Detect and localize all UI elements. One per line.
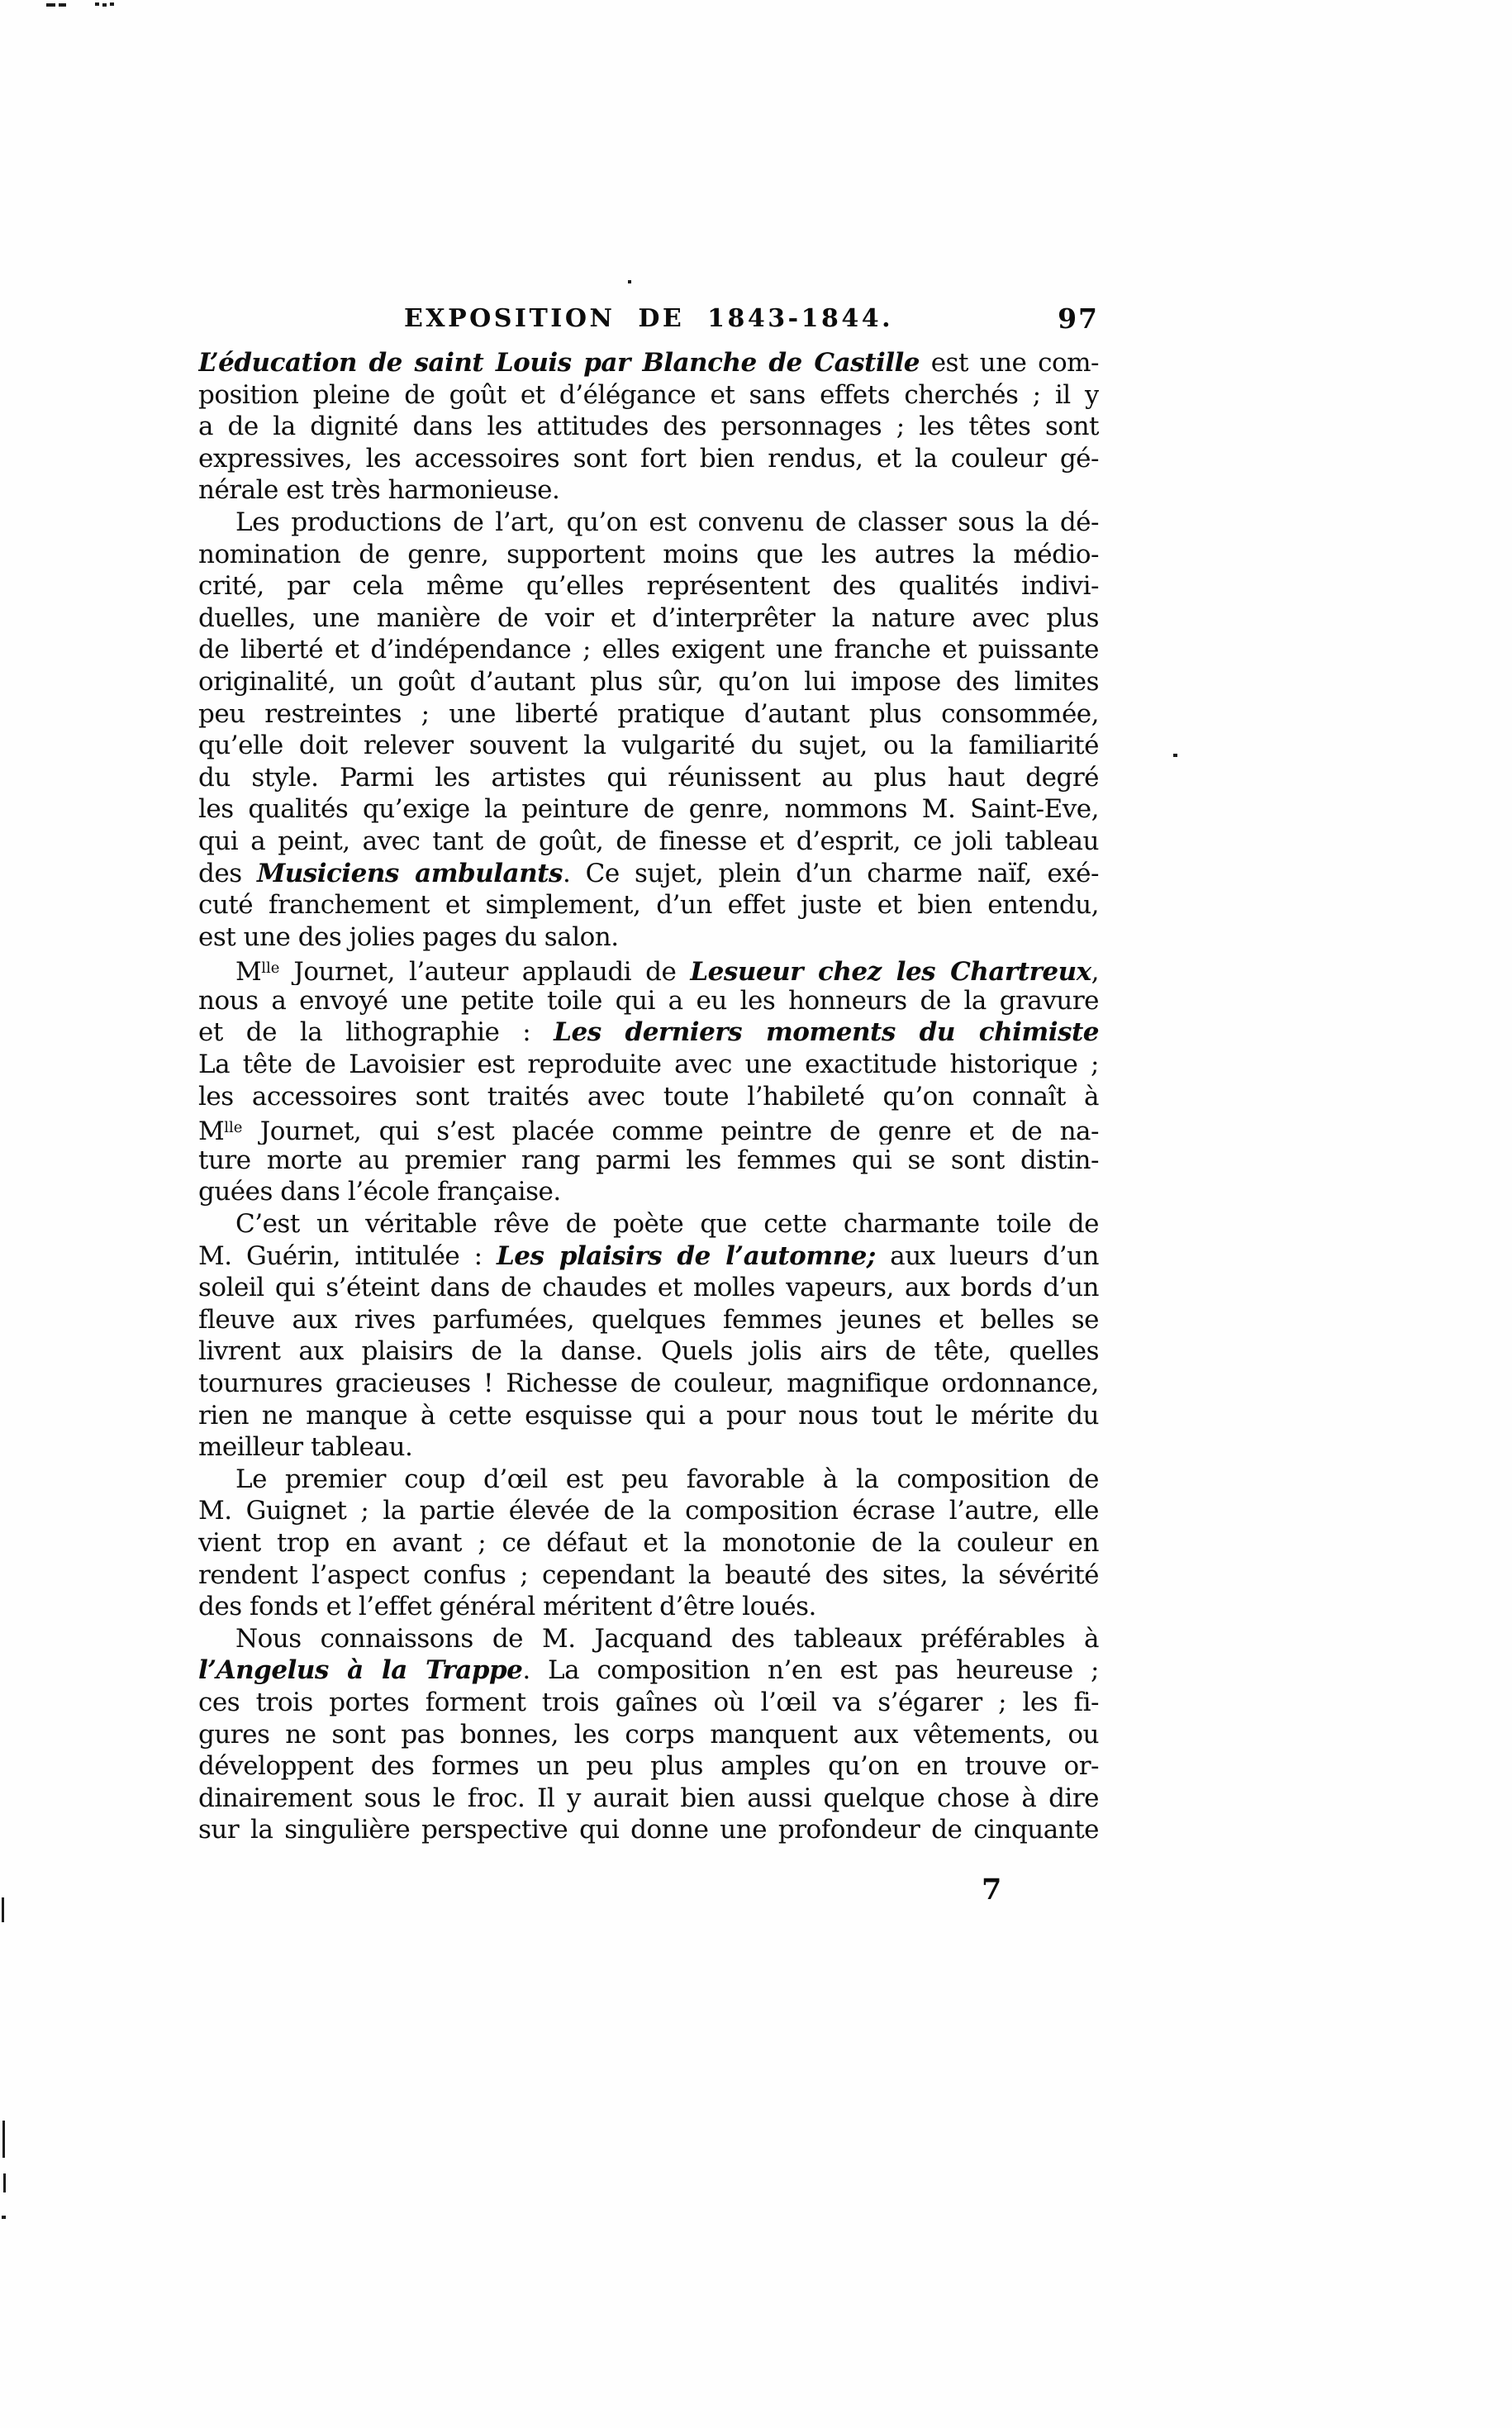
text-segment: originalité, un goût d’autant plus sûr, …	[198, 667, 1099, 697]
italic-title-text: Musiciens ambulants	[257, 859, 563, 888]
text-line: Le premier coup d’œil est peu favorable …	[198, 1464, 1099, 1496]
text-segment: nérale est très harmonieuse.	[198, 475, 559, 505]
paragraph: Les productions de l’art, qu’on est conv…	[198, 507, 1099, 953]
text-segment: M	[198, 1116, 224, 1145]
text-segment: M	[235, 957, 261, 985]
text-line: expressives, les accessoires sont fort b…	[198, 443, 1099, 475]
text-line: cuté franchement et simplement, d’un eff…	[198, 889, 1099, 921]
paragraph: L’éducation de saint Louis par Blanche d…	[198, 347, 1099, 507]
text-segment: duelles, une manière de voir et d’interp…	[198, 603, 1099, 633]
text-segment: aux lueurs d’un	[876, 1241, 1099, 1271]
text-line: meilleur tableau.	[198, 1431, 1099, 1464]
text-segment: guées dans l’école française.	[198, 1177, 561, 1207]
italic-title-text: L’éducation de saint Louis par Blanche d…	[198, 348, 920, 378]
text-segment: de liberté et d’indépendance ; elles exi…	[198, 635, 1099, 664]
text-line: les qualités qu’exige la peinture de gen…	[198, 793, 1099, 826]
text-line: vient trop en avant ; ce défaut et la mo…	[198, 1527, 1099, 1559]
text-segment: et de la lithographie :	[198, 1017, 554, 1047]
text-segment: Nous connaissons de M. Jacquand des tabl…	[235, 1624, 1099, 1654]
text-line: développent des formes un peu plus ample…	[198, 1750, 1099, 1783]
text-line: L’éducation de saint Louis par Blanche d…	[198, 347, 1099, 379]
text-line: qui a peint, avec tant de goût, de fines…	[198, 826, 1099, 858]
text-segment: rien ne manque à cette esquisse qui a po…	[198, 1401, 1099, 1431]
text-segment: La tête de Lavoisier est reproduite avec…	[198, 1050, 1099, 1079]
text-line: nous a envoyé une petite toile qui a eu …	[198, 985, 1099, 1017]
text-segment: qu’elle doit relever souvent la vulgarit…	[198, 731, 1099, 760]
text-segment: est une des jolies pages du salon.	[198, 922, 619, 952]
text-segment: Journet, qui s’est placée comme peintre …	[242, 1116, 1099, 1145]
text-segment: Le premier coup d’œil est peu favorable …	[235, 1464, 1099, 1494]
text-segment: . La composition n’en est pas heureuse ;	[522, 1655, 1099, 1685]
text-segment: ture morte au premier rang parmi les fem…	[198, 1145, 1099, 1175]
text-segment: soleil qui s’éteint dans de chaudes et m…	[198, 1273, 1099, 1302]
scan-artifact	[110, 2, 114, 6]
text-line: M. Guignet ; la partie élevée de la comp…	[198, 1495, 1099, 1527]
text-segment: des	[198, 859, 257, 888]
text-line: Mlle Journet, qui s’est placée comme pei…	[198, 1112, 1099, 1145]
text-segment: les qualités qu’exige la peinture de gen…	[198, 794, 1099, 824]
text-segment: dinairement sous le froc. Il y aurait bi…	[198, 1783, 1099, 1813]
text-line: C’est un véritable rêve de poète que cet…	[198, 1208, 1099, 1240]
text-segment: est une com-	[920, 348, 1099, 378]
text-line: des Musiciens ambulants. Ce sujet, plein…	[198, 858, 1099, 890]
text-segment: expressives, les accessoires sont fort b…	[198, 444, 1099, 474]
text-segment: Les productions de l’art, qu’on est conv…	[235, 507, 1099, 537]
text-segment: . Ce sujet, plein d’un charme naïf, exé-	[563, 859, 1099, 888]
scan-artifact	[2, 2216, 6, 2219]
text-line: nomination de genre, supportent moins qu…	[198, 539, 1099, 571]
text-segment: position pleine de goût et d’élégance et…	[198, 380, 1099, 410]
scan-artifact	[95, 2, 99, 6]
text-line: du style. Parmi les artistes qui réuniss…	[198, 762, 1099, 794]
text-line: de liberté et d’indépendance ; elles exi…	[198, 634, 1099, 666]
text-segment: sur la singulière perspective qui donne …	[198, 1815, 1099, 1845]
text-line: tournures gracieuses ! Richesse de coule…	[198, 1368, 1099, 1400]
paragraph: Le premier coup d’œil est peu favorable …	[198, 1464, 1099, 1623]
text-segment: crité, par cela même qu’elles représente…	[198, 571, 1099, 601]
text-line: ture morte au premier rang parmi les fem…	[198, 1145, 1099, 1177]
paragraph: Nous connaissons de M. Jacquand des tabl…	[198, 1623, 1099, 1846]
signature-mark: 7	[982, 1873, 1001, 1907]
text-line: a de la dignité dans les attitudes des p…	[198, 411, 1099, 443]
text-segment: peu restreintes ; une liberté pratique d…	[198, 699, 1099, 729]
text-segment: qui a peint, avec tant de goût, de fines…	[198, 826, 1099, 856]
scan-artifact	[628, 280, 631, 283]
text-line: gures ne sont pas bonnes, les corps manq…	[198, 1719, 1099, 1751]
text-segment: M. Guérin, intitulée :	[198, 1241, 497, 1271]
text-segment: développent des formes un peu plus ample…	[198, 1751, 1099, 1781]
text-line: sur la singulière perspective qui donne …	[198, 1814, 1099, 1846]
scan-artifact	[2, 2121, 5, 2158]
text-line: dinairement sous le froc. Il y aurait bi…	[198, 1783, 1099, 1815]
scan-artifact	[46, 3, 55, 7]
text-segment: a de la dignité dans les attitudes des p…	[198, 412, 1099, 441]
text-line: est une des jolies pages du salon.	[198, 921, 1099, 954]
superscript-text: lle	[224, 1119, 242, 1136]
italic-title-text: Les plaisirs de l’automne;	[497, 1241, 876, 1271]
paragraph: Mlle Journet, l’auteur applaudi de Lesue…	[198, 953, 1099, 1208]
text-segment: rendent l’aspect confus ; cependant la b…	[198, 1560, 1099, 1590]
text-segment: Journet, l’auteur applaudi de	[279, 957, 690, 985]
scan-artifact	[102, 3, 107, 7]
scan-artifact	[2, 1897, 4, 1922]
text-line: M. Guérin, intitulée : Les plaisirs de l…	[198, 1240, 1099, 1273]
text-line: qu’elle doit relever souvent la vulgarit…	[198, 730, 1099, 762]
text-line: et de la lithographie : Les derniers mom…	[198, 1016, 1099, 1049]
text-segment: livrent aux plaisirs de la danse. Quels …	[198, 1336, 1099, 1366]
text-line: peu restreintes ; une liberté pratique d…	[198, 698, 1099, 731]
superscript-text: lle	[261, 959, 279, 977]
scan-artifact	[59, 3, 66, 7]
text-segment: C’est un véritable rêve de poète que cet…	[235, 1209, 1099, 1239]
text-segment: les accessoires sont traités avec toute …	[198, 1082, 1099, 1112]
text-line: livrent aux plaisirs de la danse. Quels …	[198, 1335, 1099, 1368]
text-line: duelles, une manière de voir et d’interp…	[198, 602, 1099, 635]
text-block: L’éducation de saint Louis par Blanche d…	[198, 347, 1099, 1846]
text-segment: fleuve aux rives parfumées, quelques fem…	[198, 1305, 1099, 1335]
text-segment: des fonds et l’effet général méritent d’…	[198, 1592, 816, 1621]
text-segment: M. Guignet ; la partie élevée de la comp…	[198, 1496, 1099, 1526]
running-title: EXPOSITION DE 1843-1844.	[198, 304, 1099, 333]
text-segment: ,	[1091, 957, 1099, 985]
text-segment: nous a envoyé une petite toile qui a eu …	[198, 986, 1099, 1016]
text-line: La tête de Lavoisier est reproduite avec…	[198, 1049, 1099, 1081]
text-line: crité, par cela même qu’elles représente…	[198, 570, 1099, 602]
text-line: ces trois portes forment trois gaînes où…	[198, 1687, 1099, 1719]
paragraph: C’est un véritable rêve de poète que cet…	[198, 1208, 1099, 1464]
text-line: Les productions de l’art, qu’on est conv…	[198, 507, 1099, 539]
text-segment: gures ne sont pas bonnes, les corps manq…	[198, 1720, 1099, 1750]
text-line: guées dans l’école française.	[198, 1176, 1099, 1208]
text-line: nérale est très harmonieuse.	[198, 474, 1099, 507]
text-line: rien ne manque à cette esquisse qui a po…	[198, 1400, 1099, 1432]
text-segment: cuté franchement et simplement, d’un eff…	[198, 890, 1099, 920]
running-header: EXPOSITION DE 1843-1844. 97	[198, 304, 1099, 340]
scan-artifact	[3, 2173, 6, 2192]
text-line: les accessoires sont traités avec toute …	[198, 1081, 1099, 1113]
text-segment: ces trois portes forment trois gaînes où…	[198, 1688, 1099, 1717]
text-line: fleuve aux rives parfumées, quelques fem…	[198, 1304, 1099, 1336]
text-line: l’Angelus à la Trappe. La composition n’…	[198, 1654, 1099, 1687]
text-line: rendent l’aspect confus ; cependant la b…	[198, 1559, 1099, 1592]
italic-title-text: l’Angelus à la Trappe	[198, 1655, 522, 1685]
text-segment: nomination de genre, supportent moins qu…	[198, 540, 1099, 569]
text-segment: du style. Parmi les artistes qui réuniss…	[198, 763, 1099, 793]
text-segment: vient trop en avant ; ce défaut et la mo…	[198, 1528, 1099, 1558]
page-number: 97	[1058, 302, 1099, 335]
book-page: EXPOSITION DE 1843-1844. 97 L’éducation …	[0, 0, 1512, 2428]
italic-title-text: Lesueur chez les Chartreux	[690, 957, 1091, 985]
text-line: des fonds et l’effet général méritent d’…	[198, 1591, 1099, 1623]
text-line: Mlle Journet, l’auteur applaudi de Lesue…	[198, 953, 1099, 985]
text-line: position pleine de goût et d’élégance et…	[198, 379, 1099, 412]
text-line: soleil qui s’éteint dans de chaudes et m…	[198, 1272, 1099, 1304]
scan-artifact	[1173, 754, 1177, 757]
text-line: Nous connaissons de M. Jacquand des tabl…	[198, 1623, 1099, 1655]
text-segment: meilleur tableau.	[198, 1432, 412, 1462]
text-line: originalité, un goût d’autant plus sûr, …	[198, 666, 1099, 698]
text-segment: tournures gracieuses ! Richesse de coule…	[198, 1369, 1099, 1398]
